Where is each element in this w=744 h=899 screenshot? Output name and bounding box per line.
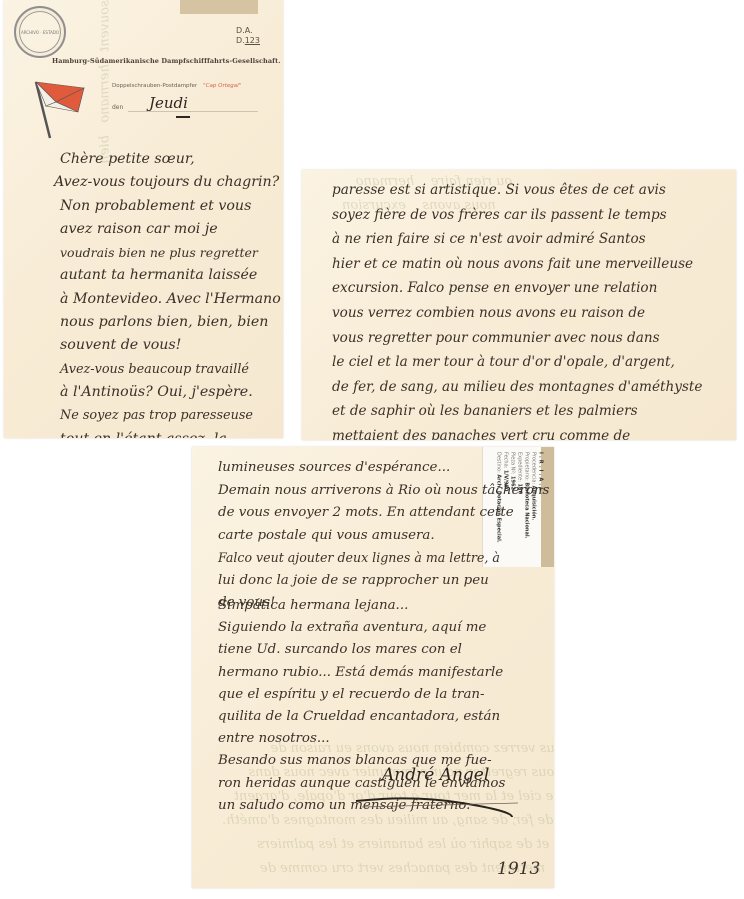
text-line: à Montevideo. Avec l'Hermano <box>60 288 281 311</box>
text-line: le ciel et la mer tour à tour d'or d'opa… <box>332 350 702 375</box>
letter-body-page-1: Chère petite sœur, Avez-vous toujours du… <box>60 148 281 438</box>
text-line: tout en l'étant assez, la <box>60 428 281 438</box>
company-flag-icon <box>32 76 88 140</box>
text-line: de fer, de sang, au milieu des montagnes… <box>332 375 702 400</box>
text-line: Falco veut ajouter deux lignes à ma lett… <box>218 547 549 570</box>
text-line: lui donc la joie de se rapprocher un peu <box>218 570 549 593</box>
text-line: Demain nous arriverons à Rio où nous tâc… <box>218 480 549 503</box>
letter-page-3: vous verrez combien nous avons eu raison… <box>192 447 554 888</box>
text-line: hermano rubio... Está demás manifestarle <box>218 662 505 684</box>
text-line: voudrais bien ne plus regretter <box>60 241 281 264</box>
signature-flourish-icon <box>352 793 522 823</box>
date-handwritten: Jeudi <box>149 94 188 112</box>
archive-ref-prefix: D. <box>236 36 245 45</box>
letterhead-company: Hamburg-Südamerikanische Dampfschifffahr… <box>52 57 281 65</box>
text-line: Avez-vous toujours du chagrin? <box>54 171 281 194</box>
text-line: vous regretter pour communier avec nous … <box>332 326 702 351</box>
archive-ref-number: 123 <box>245 36 260 45</box>
date-field-line <box>128 111 258 112</box>
text-line: entre nosotros... <box>218 728 505 750</box>
text-line: Chère petite sœur, <box>60 148 281 171</box>
letter-page-2: ou rien faire hermano nous avons excursi… <box>302 170 736 440</box>
ship-name: "Cap Ortegal" <box>203 83 241 89</box>
steamer-label-text: Doppelschrauben-Postdampfer <box>112 83 197 89</box>
signature: André Ángel <box>382 765 489 785</box>
archive-ref-line1: D.A. <box>236 26 260 36</box>
stamp-text: ARCHIVO · ESTADO <box>21 30 59 35</box>
show-through-ink: souvent hermano bien <box>94 0 118 163</box>
text-line: vous verrez combien nous avons eu raison… <box>332 301 702 326</box>
date-year: 1913 <box>497 859 540 879</box>
text-line: souvent de vous! <box>60 334 281 357</box>
text-line: quilita de la Crueldad encantadora, está… <box>218 706 505 728</box>
text-line: que el espíritu y el recuerdo de la tran… <box>218 684 505 706</box>
text-line: à ne rien faire si ce n'est avoir admiré… <box>332 227 702 252</box>
letter-body-page-3-french: lumineuses sources d'espérance... Demain… <box>218 457 549 615</box>
text-line: à l'Antinoüs? Oui, j'espère. <box>60 381 281 404</box>
archive-reference: D.A. D.123 <box>236 26 260 46</box>
date-field-label: den <box>112 104 123 111</box>
letter-page-1: souvent hermano bien ARCHIVO · ESTADO D.… <box>4 0 283 438</box>
text-line: mettaient des panaches vert cru comme de <box>332 424 702 440</box>
text-line: carte postale qui vous amusera. <box>218 525 549 548</box>
text-line: Avez-vous beaucoup travaillé <box>60 358 281 381</box>
text-line: Non probablement et vous <box>60 195 281 218</box>
text-line: de vous envoyer 2 mots. En attendant cet… <box>218 502 549 525</box>
text-line: Siguiendo la extraña aventura, aquí me <box>218 617 505 639</box>
archival-tape <box>180 0 258 14</box>
text-line: soyez fière de vos frères car ils passen… <box>332 203 702 228</box>
date-underline <box>176 116 190 118</box>
text-line: autant ta hermanita laissée <box>60 264 281 287</box>
text-line: nous parlons bien, bien, bien <box>60 311 281 334</box>
text-line: avez raison car moi je <box>60 218 281 241</box>
text-line: Simpática hermana lejana... <box>218 595 505 617</box>
archive-ref-line2: D.123 <box>236 36 260 46</box>
text-line: Ne soyez pas trop paresseuse <box>60 404 281 427</box>
text-line: et de saphir où les bananiers et les pal… <box>332 399 702 424</box>
text-line: lumineuses sources d'espérance... <box>218 457 549 480</box>
steamer-label: Doppelschrauben-Postdampfer"Cap Ortegal" <box>112 83 241 89</box>
text-line: excursion. Falco pense en envoyer une re… <box>332 276 702 301</box>
archive-seal-icon: ARCHIVO · ESTADO <box>14 6 66 58</box>
text-line: hier et ce matin où nous avons fait une … <box>332 252 702 277</box>
text-line: paresse est si artistique. Si vous êtes … <box>332 178 702 203</box>
letter-body-page-2: paresse est si artistique. Si vous êtes … <box>332 178 702 440</box>
text-line: tiene Ud. surcando los mares con el <box>218 639 505 661</box>
